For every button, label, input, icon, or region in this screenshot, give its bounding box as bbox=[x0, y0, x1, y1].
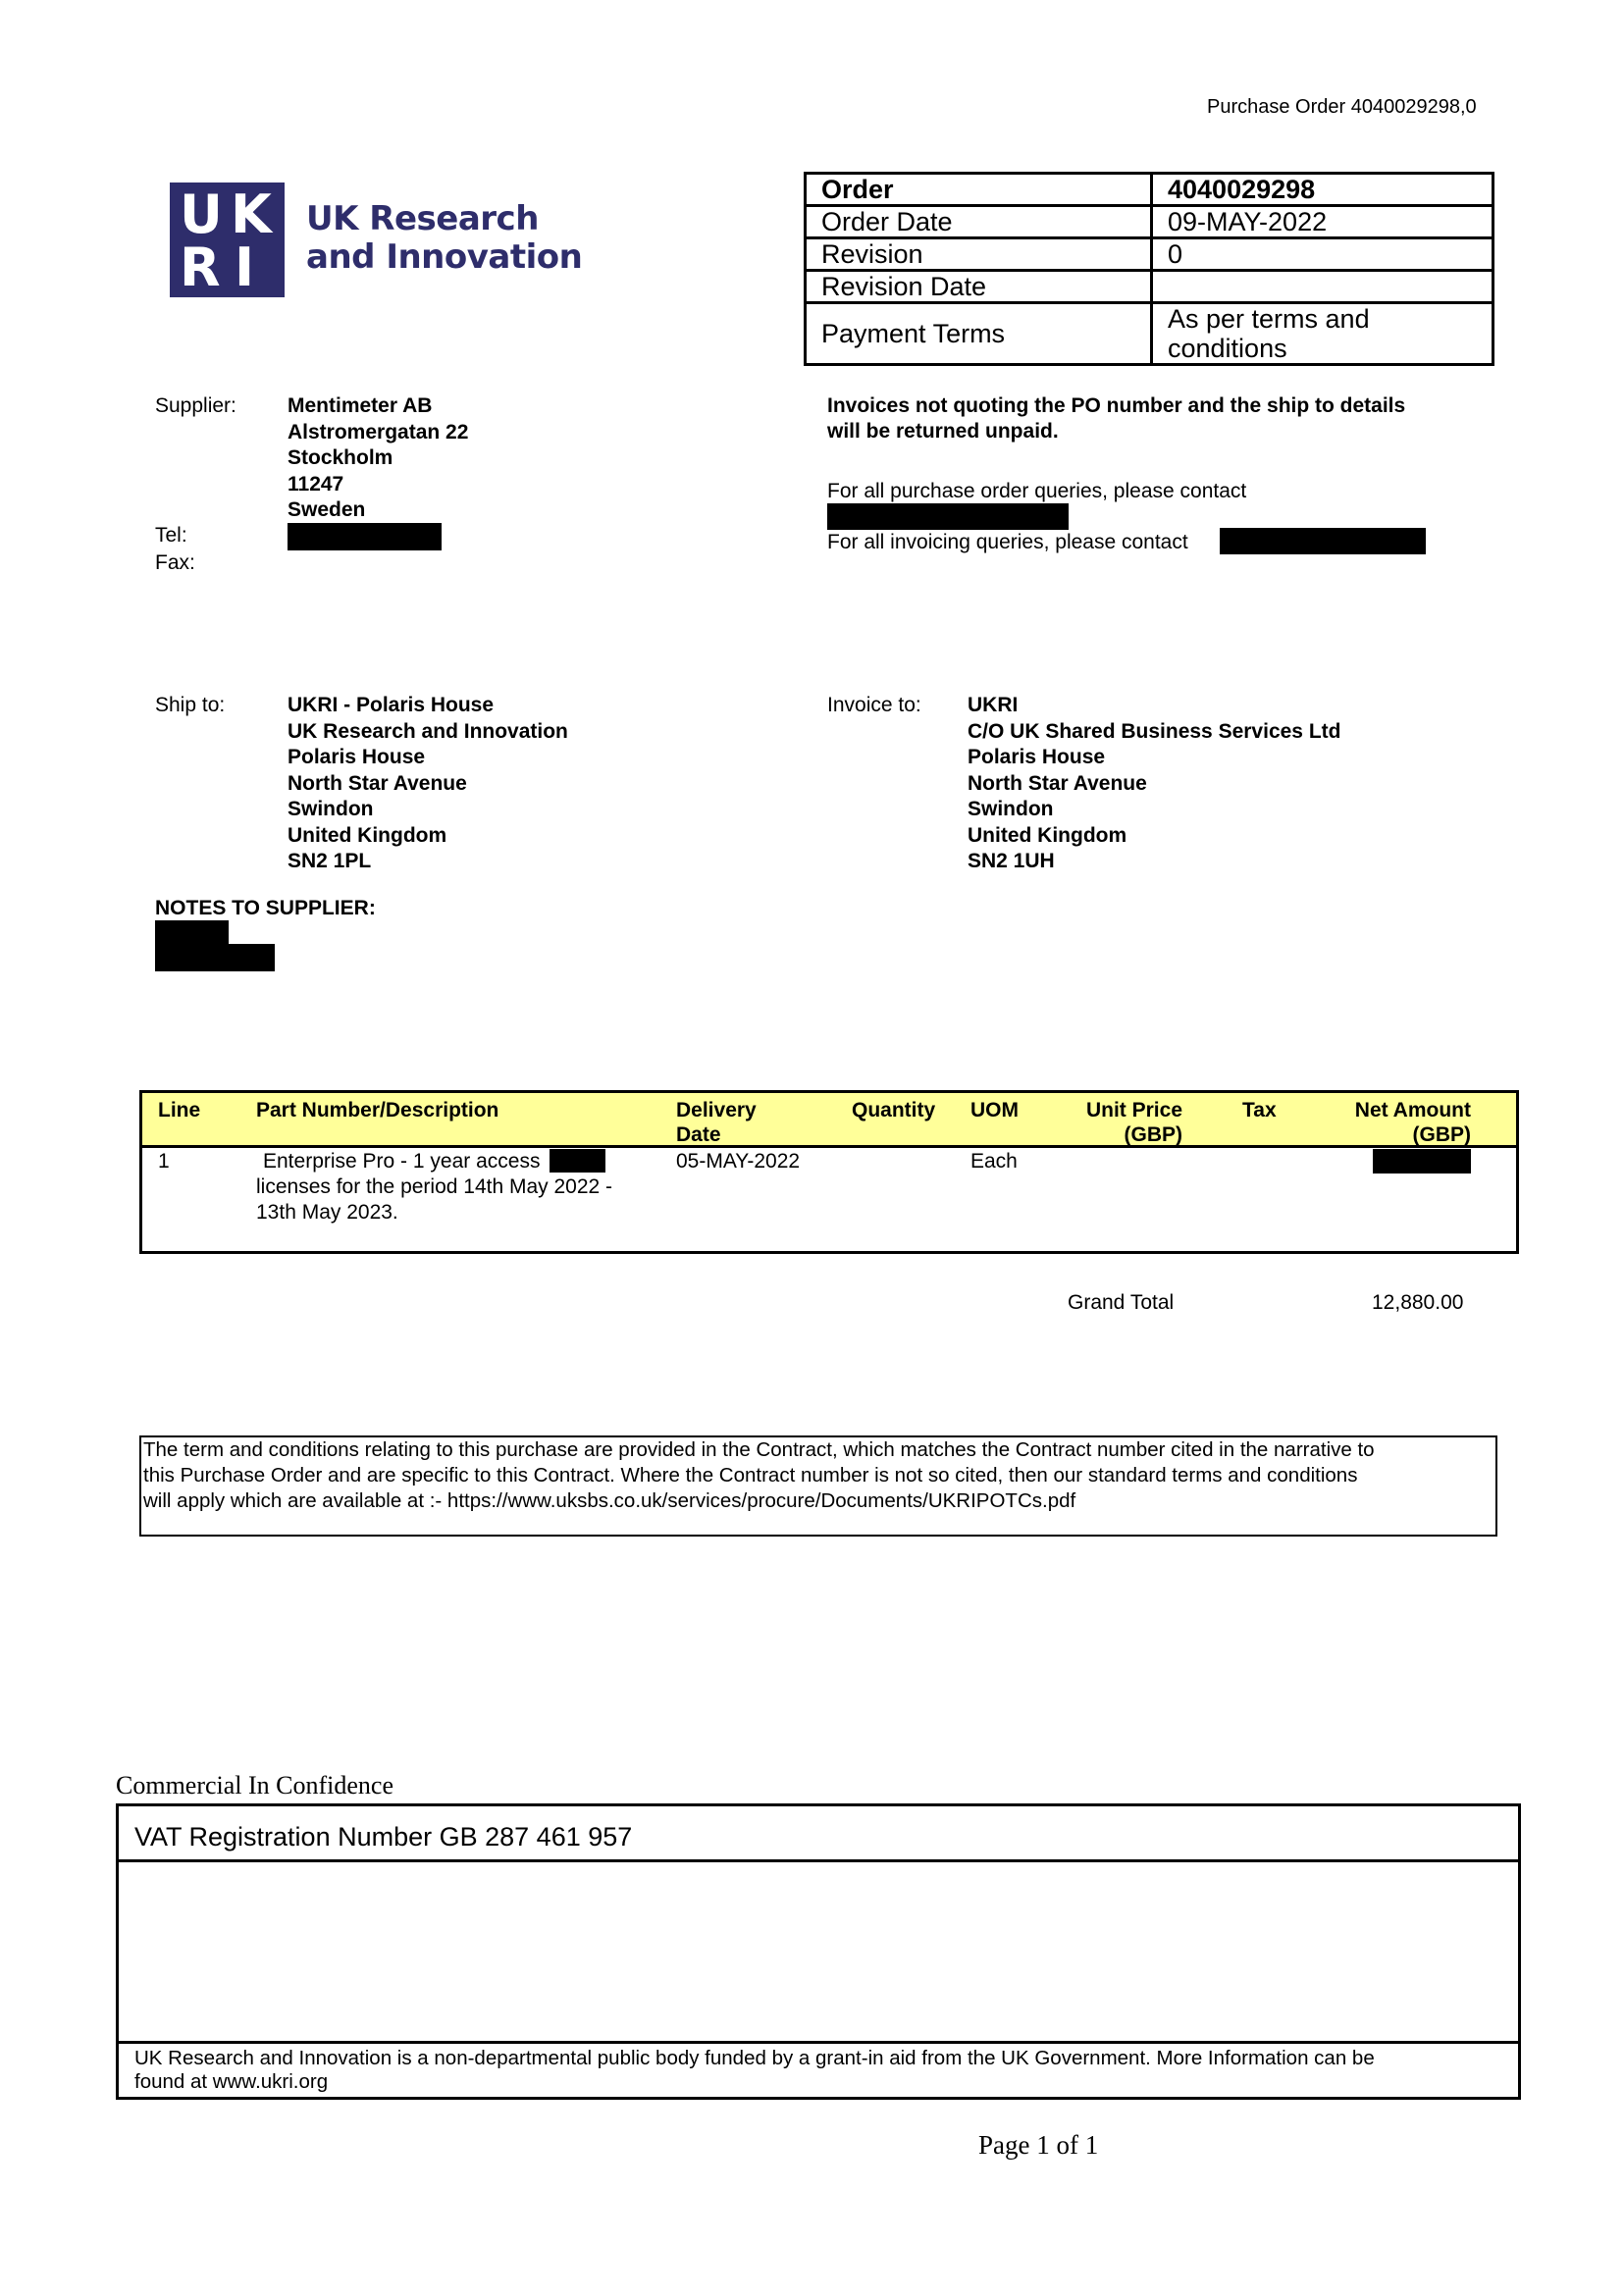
notes-to-supplier-label: NOTES TO SUPPLIER: bbox=[155, 896, 376, 922]
payment-terms-value: As per terms and conditions bbox=[1152, 303, 1493, 365]
logo-line-2: and Innovation bbox=[306, 238, 582, 277]
order-date-value: 09-MAY-2022 bbox=[1152, 206, 1493, 238]
ship-to-line: UKRI - Polaris House bbox=[288, 693, 568, 719]
order-number: 4040029298 bbox=[1152, 174, 1493, 206]
ukri-statement-l1: UK Research and Innovation is a non-depa… bbox=[134, 2047, 1502, 2070]
invoice-to-line: United Kingdom bbox=[968, 823, 1340, 850]
terms-line-3: will apply which are available at :- htt… bbox=[143, 1488, 1493, 1514]
notes-redacted-top bbox=[155, 920, 229, 946]
supplier-postcode: 11247 bbox=[288, 472, 468, 498]
col-delivery-date: Delivery Date bbox=[676, 1098, 757, 1147]
row-description-l3: 13th May 2023. bbox=[256, 1200, 612, 1226]
order-date-row: Order Date 09-MAY-2022 bbox=[806, 206, 1493, 238]
ship-to-line: SN2 1PL bbox=[288, 849, 568, 875]
terms-and-conditions: The term and conditions relating to this… bbox=[139, 1435, 1497, 1537]
invoice-to-line: Swindon bbox=[968, 797, 1340, 823]
logo-letter-k: K bbox=[231, 188, 268, 241]
row-line: 1 bbox=[158, 1149, 170, 1174]
tel-label: Tel: bbox=[155, 523, 187, 548]
notes-redacted-bottom bbox=[155, 944, 275, 971]
line-items-header: Line Part Number/Description Delivery Da… bbox=[142, 1093, 1516, 1148]
row-uom: Each bbox=[970, 1149, 1018, 1174]
invoice-queries-text: For all invoicing queries, please contac… bbox=[827, 530, 1188, 555]
supplier-address: Mentimeter AB Alstromergatan 22 Stockhol… bbox=[288, 393, 468, 524]
order-summary-table: Order 4040029298 Order Date 09-MAY-2022 … bbox=[804, 172, 1494, 366]
ukri-statement: UK Research and Innovation is a non-depa… bbox=[119, 2041, 1518, 2097]
grand-total-label: Grand Total bbox=[1068, 1291, 1174, 1315]
terms-line-2: this Purchase Order and are specific to … bbox=[143, 1463, 1493, 1488]
po-reference: Purchase Order 4040029298,0 bbox=[1207, 96, 1477, 119]
order-row: Order 4040029298 bbox=[806, 174, 1493, 206]
po-queries-text: For all purchase order queries, please c… bbox=[827, 479, 1246, 504]
revision-date-row: Revision Date bbox=[806, 271, 1493, 303]
ship-to-line: United Kingdom bbox=[288, 823, 568, 850]
fax-label: Fax: bbox=[155, 550, 195, 576]
payment-terms-label: Payment Terms bbox=[806, 303, 1152, 365]
ship-to-address: UKRI - Polaris House UK Research and Inn… bbox=[288, 693, 568, 875]
row-description-l2: licenses for the period 14th May 2022 - bbox=[256, 1174, 612, 1200]
ukri-logo-wordmark: UK Research and Innovation bbox=[306, 200, 582, 277]
logo-line-1: UK Research bbox=[306, 200, 582, 238]
invoice-queries-contact-redacted bbox=[1220, 528, 1426, 554]
ship-to-line: North Star Avenue bbox=[288, 771, 568, 798]
invoice-to-line: SN2 1UH bbox=[968, 849, 1340, 875]
col-delivery-date-l2: Date bbox=[676, 1122, 757, 1147]
col-delivery-date-l1: Delivery bbox=[676, 1098, 757, 1122]
supplier-name: Mentimeter AB bbox=[288, 393, 468, 420]
invoice-to-address: UKRI C/O UK Shared Business Services Ltd… bbox=[968, 693, 1340, 875]
confidentiality-label: Commercial In Confidence bbox=[116, 1771, 393, 1800]
invoice-to-line: UKRI bbox=[968, 693, 1340, 719]
line-items-table: Line Part Number/Description Delivery Da… bbox=[139, 1090, 1519, 1254]
revision-label: Revision bbox=[806, 238, 1152, 271]
row-delivery-date: 05-MAY-2022 bbox=[676, 1149, 800, 1174]
revision-value: 0 bbox=[1152, 238, 1493, 271]
po-queries-contact-redacted bbox=[827, 503, 1069, 530]
ukri-statement-l2: found at www.ukri.org bbox=[134, 2070, 1502, 2094]
row-description: Enterprise Pro - 1 year access licenses … bbox=[256, 1149, 612, 1226]
col-tax: Tax bbox=[1242, 1098, 1277, 1122]
vat-registration: VAT Registration Number GB 287 461 957 bbox=[119, 1806, 1518, 1862]
logo-letter-u: U bbox=[180, 188, 219, 241]
tel-value-redacted bbox=[288, 523, 442, 550]
footer-box: VAT Registration Number GB 287 461 957 U… bbox=[116, 1803, 1521, 2100]
col-description: Part Number/Description bbox=[256, 1098, 498, 1122]
order-label: Order bbox=[806, 174, 1152, 206]
logo-letter-i: I bbox=[235, 241, 250, 294]
col-uom: UOM bbox=[970, 1098, 1019, 1122]
invoice-to-label: Invoice to: bbox=[827, 693, 921, 718]
invoice-warning: Invoices not quoting the PO number and t… bbox=[827, 393, 1405, 444]
supplier-label: Supplier: bbox=[155, 393, 236, 419]
col-line: Line bbox=[158, 1098, 200, 1122]
terms-line-1: The term and conditions relating to this… bbox=[143, 1437, 1493, 1463]
invoice-warning-line-2: will be returned unpaid. bbox=[827, 419, 1405, 444]
col-unit-price-l1: Unit Price bbox=[1086, 1098, 1182, 1122]
ship-to-label: Ship to: bbox=[155, 693, 225, 718]
supplier-country: Sweden bbox=[288, 497, 468, 524]
col-unit-price: Unit Price (GBP) bbox=[1086, 1098, 1182, 1147]
ship-to-line: Swindon bbox=[288, 797, 568, 823]
row-description-l1: Enterprise Pro - 1 year access bbox=[263, 1150, 540, 1173]
grand-total-value: 12,880.00 bbox=[1372, 1291, 1463, 1315]
invoice-to-line: North Star Avenue bbox=[968, 771, 1340, 798]
ship-to-line: Polaris House bbox=[288, 745, 568, 771]
invoice-to-line: Polaris House bbox=[968, 745, 1340, 771]
col-net-amount-l2: (GBP) bbox=[1355, 1122, 1471, 1147]
revision-row: Revision 0 bbox=[806, 238, 1493, 271]
invoice-warning-line-1: Invoices not quoting the PO number and t… bbox=[827, 393, 1405, 419]
order-date-label: Order Date bbox=[806, 206, 1152, 238]
row-net-amount-redacted bbox=[1373, 1149, 1471, 1174]
supplier-city: Stockholm bbox=[288, 445, 468, 472]
ship-to-line: UK Research and Innovation bbox=[288, 719, 568, 746]
supplier-street: Alstromergatan 22 bbox=[288, 420, 468, 446]
page-number: Page 1 of 1 bbox=[978, 2130, 1098, 2161]
col-net-amount-l1: Net Amount bbox=[1355, 1098, 1471, 1122]
revision-date-label: Revision Date bbox=[806, 271, 1152, 303]
col-net-amount: Net Amount (GBP) bbox=[1355, 1098, 1471, 1147]
col-quantity: Quantity bbox=[852, 1098, 935, 1122]
revision-date-value bbox=[1152, 271, 1493, 303]
payment-terms-row: Payment Terms As per terms and condition… bbox=[806, 303, 1493, 365]
invoice-to-line: C/O UK Shared Business Services Ltd bbox=[968, 719, 1340, 746]
ukri-logo-mark: U K R I bbox=[170, 183, 285, 297]
col-unit-price-l2: (GBP) bbox=[1086, 1122, 1182, 1147]
logo-letter-r: R bbox=[180, 241, 217, 294]
row-description-redacted bbox=[550, 1149, 605, 1173]
